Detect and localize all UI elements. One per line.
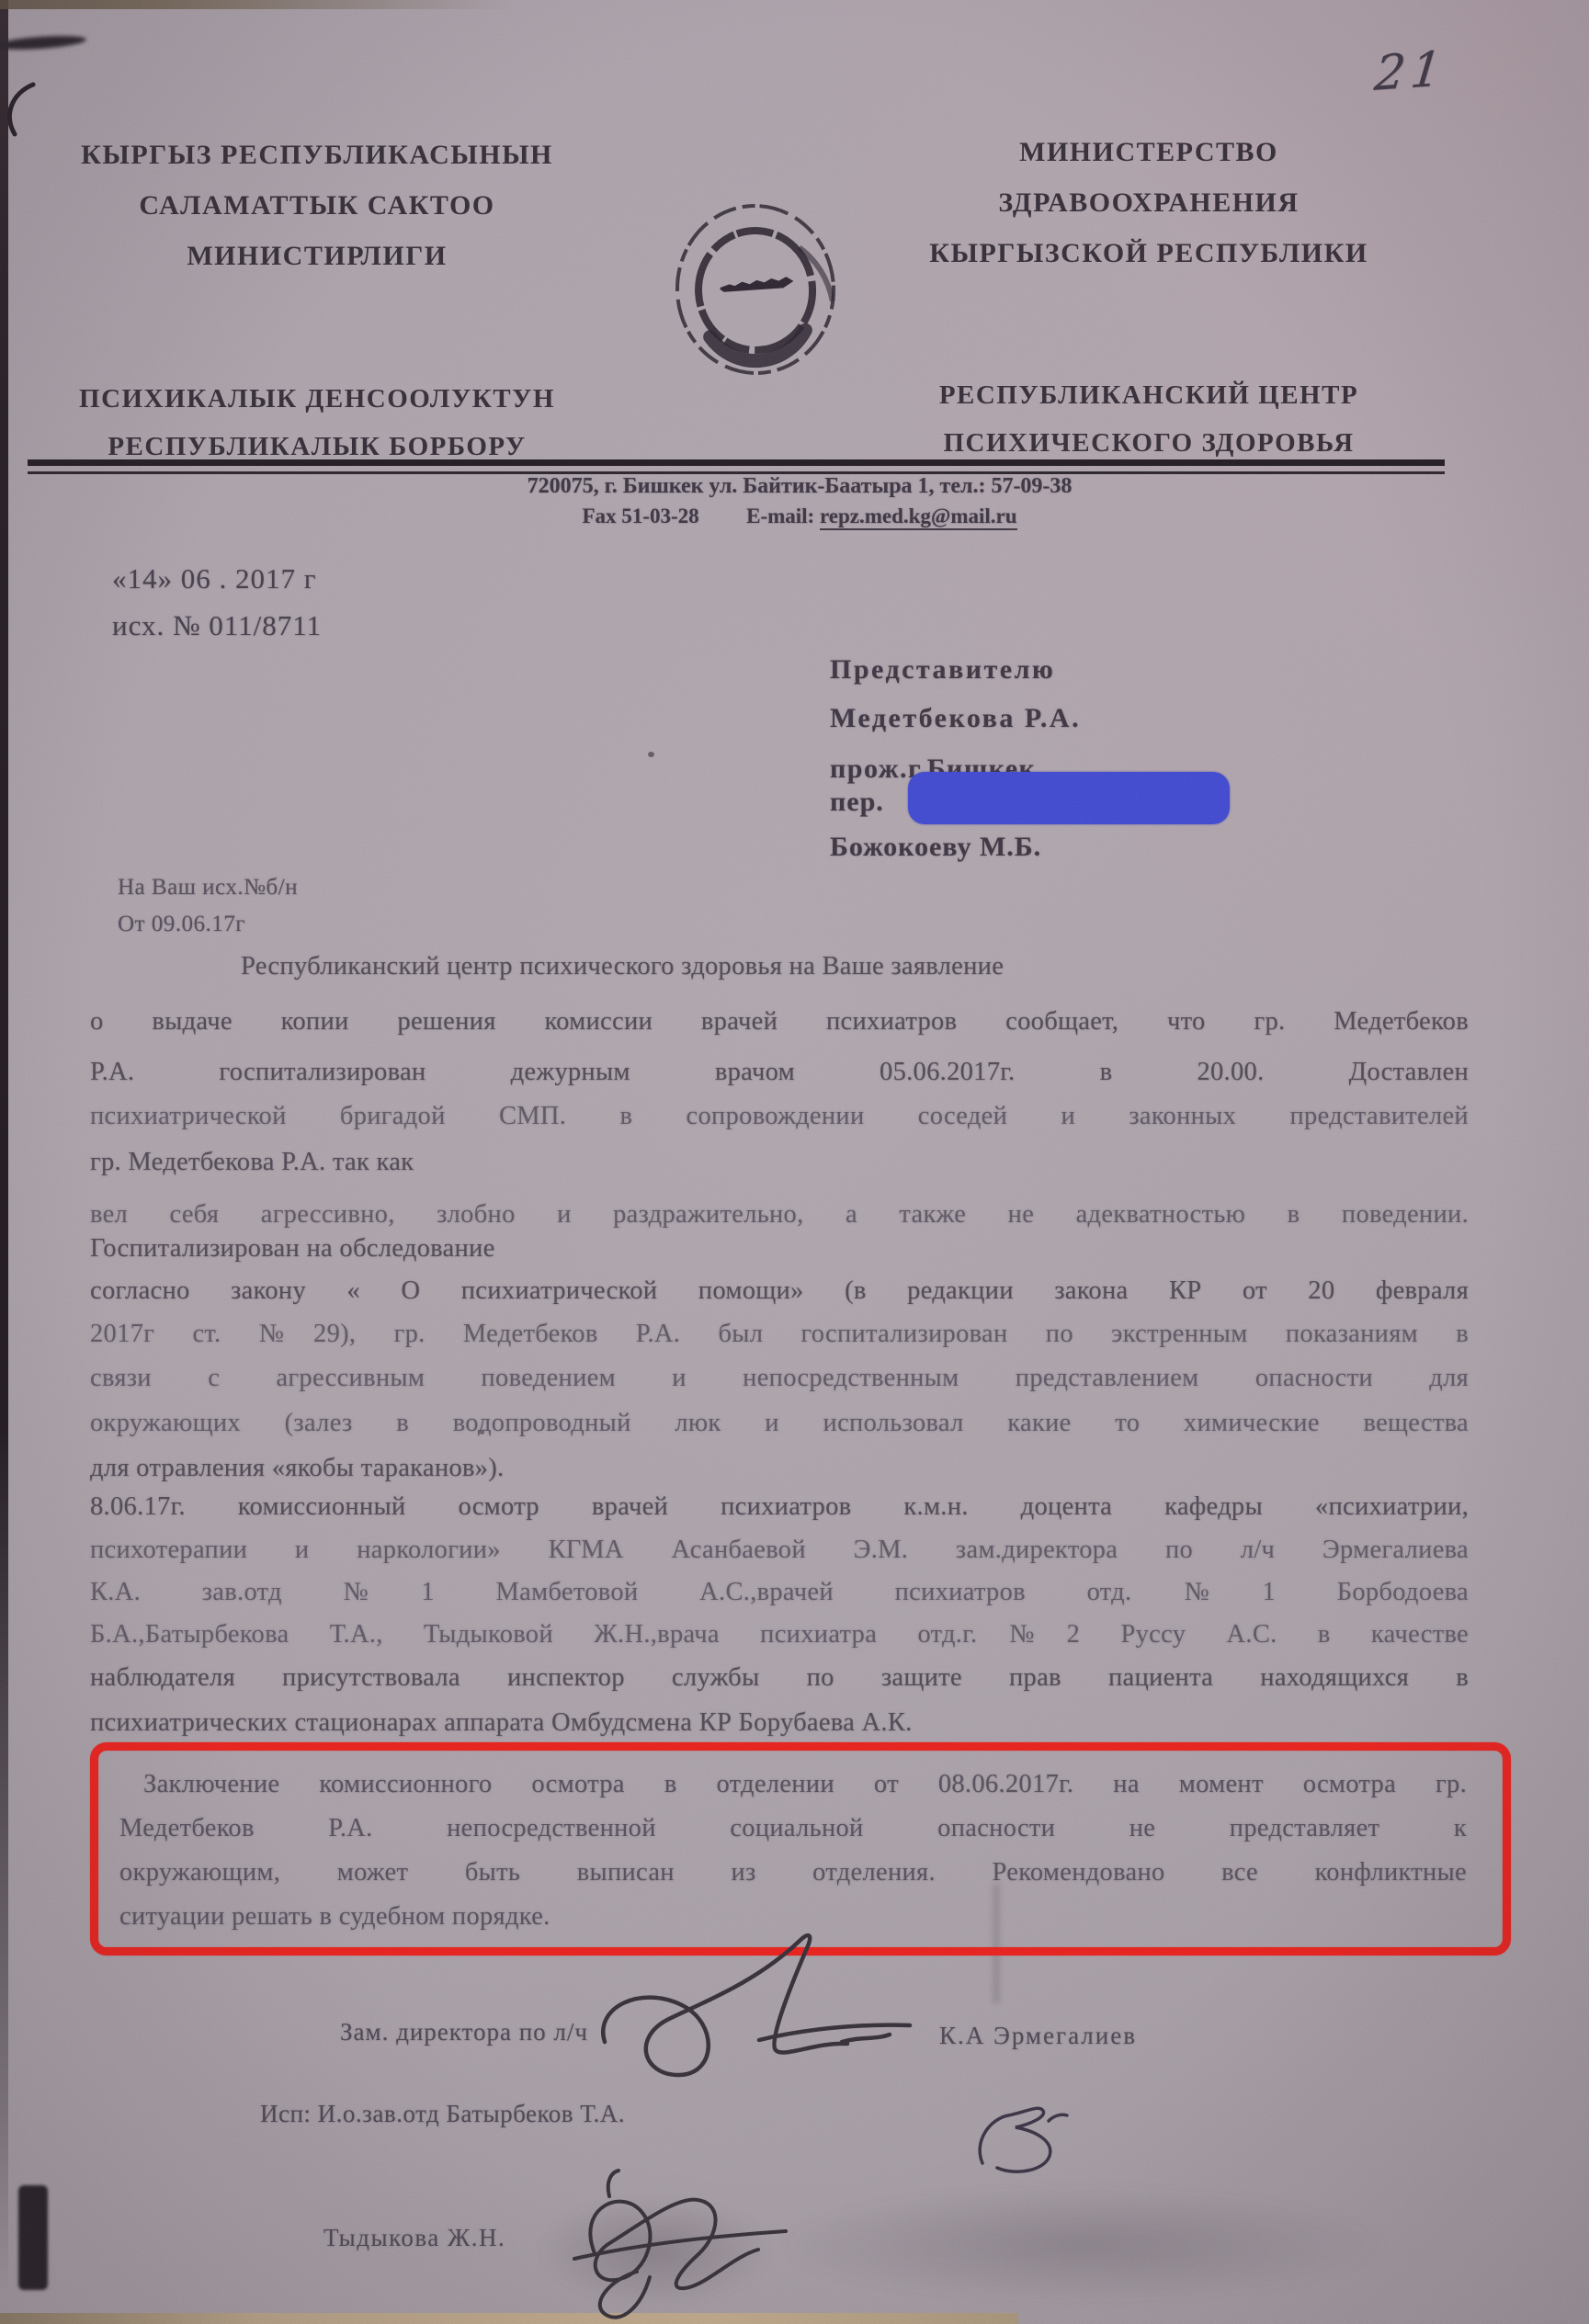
scan-grain-texture: [0, 0, 1589, 2324]
scanned-letter-page: 21 КЫРГЫЗ РЕСПУБЛИКАСЫНЫН САЛАМАТТЫК САК…: [0, 0, 1589, 2324]
